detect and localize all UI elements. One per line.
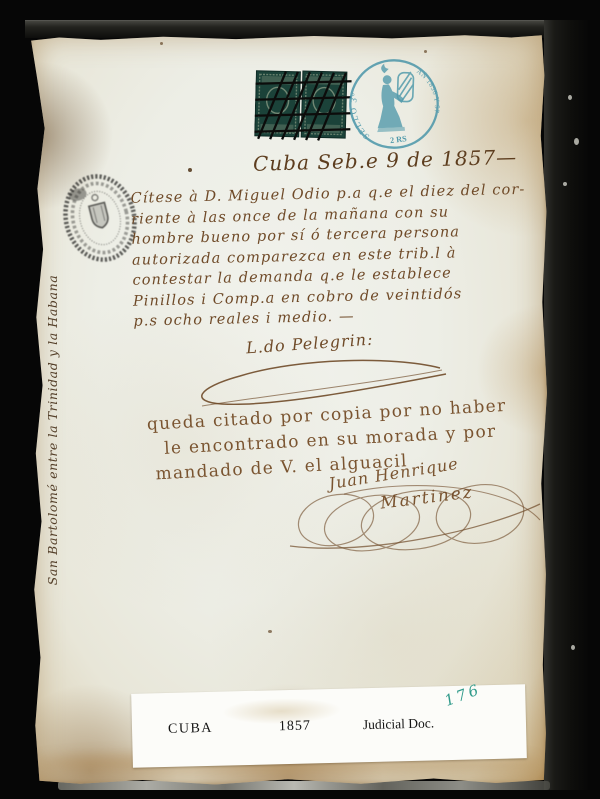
- dust-speck: [563, 182, 567, 186]
- seal-text-left: SELLO 3º: [346, 89, 372, 143]
- ink-dot: [188, 168, 192, 172]
- label-year: 1857: [279, 718, 311, 735]
- postage-stamp-pair: [254, 69, 352, 143]
- manuscript-paper: SELLO 3º AÑ 1856 Y 57 2 RS Cuba Seb.e 9 …: [28, 30, 548, 786]
- album-page-bottom-edge: [58, 781, 550, 790]
- marginal-address-note: San Bartolomé entre la Trinidad y la Hab…: [45, 260, 65, 600]
- dust-speck: [571, 645, 575, 650]
- seal-text-right: AÑ 1856 Y 57: [414, 66, 441, 116]
- manuscript-body: Cítese à D. Miguel Odio p.a q.e el diez …: [130, 179, 549, 332]
- label-description: Judicial Doc.: [363, 715, 435, 733]
- dust-speck: [574, 138, 579, 145]
- label-country: CUBA: [168, 721, 213, 738]
- notary-oval-seal: [58, 170, 142, 266]
- revenue-seal: SELLO 3º AÑ 1856 Y 57 2 RS: [341, 51, 448, 158]
- manuscript-dateline: Cuba Seb.e 9 de 1857—: [253, 144, 544, 176]
- ink-freckle: [160, 42, 163, 45]
- signature-flourish: [284, 474, 546, 562]
- album-page-right-edge: [544, 20, 590, 790]
- album-photo: { "photo": { "background_color": "#06060…: [0, 0, 600, 799]
- dust-speck: [568, 95, 572, 100]
- album-page-top-edge: [25, 20, 590, 38]
- seal-text-bottom: 2 RS: [390, 134, 408, 145]
- ink-freckle: [268, 630, 272, 633]
